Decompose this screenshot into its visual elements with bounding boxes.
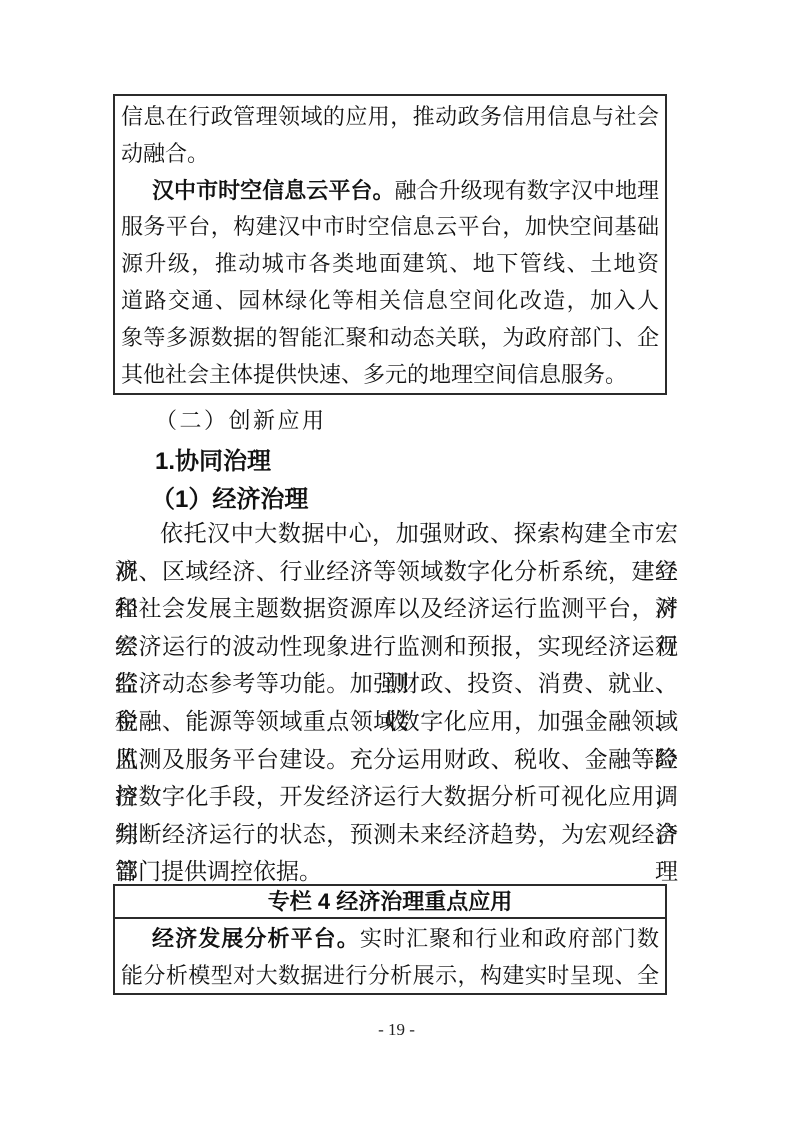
box-text-line: 能分析模型对大数据进行分析展示，构建实时呈现、全方位反映、 [121,958,659,995]
document-page: 信息在行政管理领域的应用，推动政务信用信息与社会信用信息互 动融合。 汉中市时空… [0,0,793,1122]
box-text-line: 象等多源数据的智能汇聚和动态关联，为政府部门、企事业单位和 [121,320,659,357]
box-text-line: 经济发展分析平台。实时汇聚和行业和政府部门数据，利用智 [121,921,659,958]
box-title: 专栏 4 经济治理重点应用 [115,886,665,919]
body-text-line: 监测及服务平台建设。充分运用财政、税收、金融等经济调 [115,741,678,779]
box-text-line: 信息在行政管理领域的应用，推动政务信用信息与社会信用信息互 [121,99,659,136]
body-text-line: 判断经济运行的状态，预测未来经济趋势，为宏观经济管理 [115,816,678,854]
body-text-line: 依托汉中大数据中心，加强财政、探索构建全市宏观经 [115,515,678,553]
body-paragraph: 依托汉中大数据中心，加强财政、探索构建全市宏观经 济、区域经济、行业经济等领域数… [115,515,678,891]
box-text-line: 动融合。 [121,136,659,173]
section-heading: （二）创新应用 [155,404,327,435]
subsection-heading: 1.协同治理 [155,441,271,476]
body-text-line: 金融、能源等领域重点领域数字化应用，加强金融领域风险 [115,703,678,741]
subsubsection-heading: （1）经济治理 [151,479,308,514]
page-number: - 19 - [0,1020,793,1040]
platform-name-lead: 经济发展分析平台。 [152,926,360,951]
box-content: 经济发展分析平台。实时汇聚和行业和政府部门数据，利用智 能分析模型对大数据进行分… [115,919,665,994]
callout-box-spatiotemporal-cloud: 信息在行政管理领域的应用，推动政务信用信息与社会信用信息互 动融合。 汉中市时空… [113,94,667,395]
box-text-line: 道路交通、园林绿化等相关信息空间化改造，加入人口、法人、气 [121,283,659,320]
body-text-line: 经济运行的波动性现象进行监测和预报，实现经济运行监测、 [115,628,678,666]
box-text-line: 服务平台，构建汉中市时空信息云平台，加快空间基础地理信息资 [121,209,659,246]
body-text-line: 济、区域经济、行业经济等领域数字化分析系统，建立经济 [115,553,678,591]
body-text-line: 和社会发展主题数据资源库以及经济运行监测平台，对宏观 [115,590,678,628]
box-text-line: 汉中市时空信息云平台。融合升级现有数字汉中地理信息公共 [121,173,659,210]
body-text-line: 经济动态参考等功能。加强财政、投资、消费、就业、税收、 [115,665,678,703]
callout-box-economic-governance: 专栏 4 经济治理重点应用 经济发展分析平台。实时汇聚和行业和政府部门数据，利用… [113,884,667,995]
box-text-line: 源升级，推动城市各类地面建筑、地下管线、土地资源、河网水系、 [121,246,659,283]
platform-name-lead: 汉中市时空信息云平台。 [152,178,395,203]
box-text-line: 其他社会主体提供快速、多元的地理空间信息服务。 [121,357,659,394]
body-text-line: 控数字化手段，开发经济运行大数据分析可视化应用，综合 [115,778,678,816]
